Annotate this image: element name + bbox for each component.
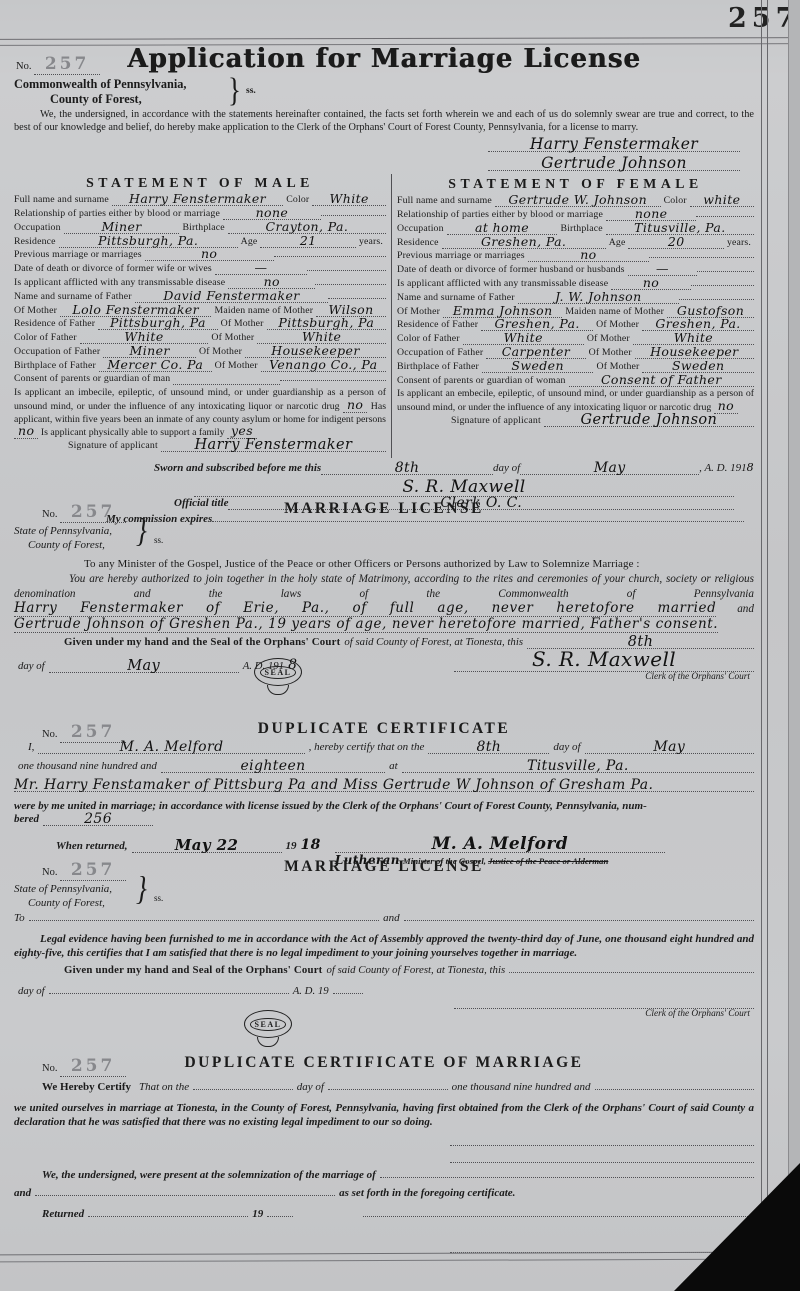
dotted-line: 8th [321,462,493,475]
handwritten-value: White [330,194,369,203]
field-label: Previous marriage or marriages [397,250,528,261]
dotted-line: S. R. Maxwell [194,478,734,497]
ledger-vertical-line [761,0,768,1291]
field-label: Occupation of Father [397,347,486,358]
dotted-line: Mercer Co. Pa [99,359,212,372]
clerk-signature-block: Clerk of the Orphans' Court [454,994,754,1019]
page-edge [788,0,800,1291]
witness-signature-line [450,1146,754,1163]
ad-label: , A. D. 191 [699,462,746,474]
form-row: ResidencePittsburgh, Pa.Age21years. [14,235,386,249]
clerk-signature: S. R. Maxwell [532,647,676,671]
handwritten-day: 8th [476,743,501,752]
handwritten-value: — [656,264,669,273]
field-label: Is applicant afflicted with any transmis… [397,278,611,289]
dotted-line [691,285,754,286]
handwritten-value: Greshen, Pa. [655,319,740,328]
handwritten-value: no [580,250,596,259]
seal-ribbon [267,685,289,695]
statement-of-female: STATEMENT OF FEMALE Full name and surnam… [391,174,754,458]
field-label: Residence [397,237,442,248]
handwritten-value: Mercer Co. Pa [107,360,203,369]
field-label: Name and surname of Father [397,292,518,303]
returned-year: 18 [301,837,321,853]
application-number-line: No. 257 [16,54,100,75]
handwritten-value: Sweden [511,361,564,370]
female-questions-paragraph: Is applicant an embecile, epileptic, of … [397,388,754,414]
handwritten-value: none [256,208,289,217]
number-stamp: 257 [60,502,126,523]
dotted-line: J. W. Johnson [518,291,679,304]
field-label: Occupation [397,223,447,234]
handwritten-month: May [127,662,160,671]
dotted-line [696,216,754,217]
field-label: Of Mother [208,332,257,343]
brace-glyph: } [136,521,147,539]
handwritten-month: May [594,464,626,473]
dotted-line: 256 [43,813,153,826]
dotted-line [173,373,279,385]
jurisdiction-block: State of Pennsylvania, County of Forest,… [14,524,754,554]
handwritten-value: Housekeeper [271,346,359,355]
clerk-title-label: Clerk of the Orphans' Court [454,1009,754,1019]
certificate-number-line: No. 257 [42,1056,126,1077]
clerk-signature-block: S. R. Maxwell Clerk of the Orphans' Cour… [454,650,754,682]
number-stamp: 257 [34,54,100,75]
set-forth-label: as set forth in the foregoing certificat… [335,1187,519,1199]
dotted-line [49,993,289,994]
handwritten-value: Emma Johnson [453,306,553,315]
ss-label: ss. [246,86,256,96]
form-row: Consent of parents or guardian of man [14,373,386,387]
dotted-line: — [215,262,307,275]
field-label: Consent of parents or guardian of man [14,373,173,384]
day-of-label: day of [549,741,584,753]
dotted-line: Venango Co., Pa [261,359,386,372]
handwritten-value: no [264,277,280,286]
dotted-line: May [585,741,754,754]
field-label: Of Mother [586,347,635,358]
dotted-line: Harry Fenstermaker [161,440,386,452]
form-row: Full name and surnameGertrude W. Johnson… [397,194,754,208]
form-row: Consent of parents or guardian of womanC… [397,374,754,388]
day-of-label: day of [493,462,520,474]
no-label: No. [42,867,57,878]
handwritten-value: Pittsburgh, Pa. [98,236,198,245]
form-row: Date of death or divorce of former wife … [14,262,386,276]
dotted-line [267,1216,293,1217]
commonwealth-line: Commonwealth of Pennsylvania, [14,77,754,92]
united-paragraph: were by me united in marriage; in accord… [14,799,754,813]
duplicate-certificate-section: No. 257 DUPLICATE CERTIFICATE I,M. A. Me… [14,720,754,858]
handwritten-value: white [703,195,740,204]
field-label: Of Mother [593,361,642,372]
handwritten-value: Housekeeper [650,347,738,356]
field-label: years. [724,237,754,248]
field-label: Maiden name of Mother [211,305,316,316]
legal-paragraph: Legal evidence having been furnished to … [14,932,754,960]
handwritten-value: White [124,332,163,341]
handwritten-year: eighteen [240,762,305,771]
i-label: I, [14,741,38,753]
dotted-line: no [528,249,649,262]
field-label: Of Mother [14,305,60,316]
field-label: Date of death or divorce of former wife … [14,263,215,274]
handwritten-answer: no [714,398,738,414]
dotted-line [321,215,386,216]
given-bold: Given under my hand and Seal of the Orph… [14,964,322,976]
jurisdiction-block: State of Pennsylvania, County of Forest,… [14,882,754,912]
handwritten-place: Titusville, Pa. [527,762,629,771]
dotted-line: Consent of Father [569,374,754,387]
field-label: Previous marriage or marriages [14,249,145,260]
dotted-line [380,1177,754,1178]
clerk-signature-line: S. R. Maxwell [454,650,754,672]
clerk-signature-line [454,994,754,1009]
dotted-line [29,920,379,921]
statement-female-title: STATEMENT OF FEMALE [397,176,754,192]
dotted-line: Housekeeper [245,345,386,358]
field-label: Birthplace of Father [397,361,482,372]
handwritten-value: White [302,332,341,341]
given-bold: Given under my hand and the Seal of the … [14,636,340,648]
dotted-line [315,284,386,285]
dotted-line: 20 [628,236,724,249]
field-label: Maiden name of Mother [562,306,667,317]
dotted-line: Titusville, Pa. [402,760,754,773]
given-italic: of said County of Forest, at Tionesta, t… [322,964,509,976]
field-label: Age [238,236,261,247]
field-label: Relationship of parties either by blood … [397,209,606,220]
number-stamp: 257 [60,860,126,881]
no-label: No. [42,1063,57,1074]
dotted-line [404,920,754,921]
handwritten-bride: Gertrude Johnson of Greshen Pa., 19 year… [14,616,718,633]
dotted-line [595,1089,754,1090]
dotted-line: M. A. Melford [38,741,304,754]
field-label: Color [661,195,690,206]
handwritten-value: 21 [300,236,317,245]
handwritten-value: no [201,249,217,258]
dotted-line: Carpenter [486,346,585,359]
no-label: No. [42,729,57,740]
seal-stamp: SEAL [252,658,304,695]
year-printed: 19 [282,840,301,852]
license-number: 256 [84,815,112,824]
handwritten-value: Harry Fenstermaker [129,194,266,203]
field-label: Residence [14,236,59,247]
marriage-license-blank-section: No. 257 MARRIAGE LICENSE State of Pennsy… [14,858,754,1040]
statement-male-title: STATEMENT OF MALE [14,175,386,191]
handwritten-value: Harry Fenstermaker [194,441,352,450]
field-label: Of Mother [218,318,267,329]
field-label: Consent of parents or guardian of woman [397,375,569,386]
field-label: Birthplace of Father [14,360,99,371]
handwritten-value: Carpenter [502,347,570,356]
officiant-signature-line [363,1216,754,1217]
handwritten-value: — [254,263,267,272]
license-number-line: No. 257 [42,860,126,881]
page-title: Application for Marriage License [14,44,754,74]
question-text: Is applicant an embecile, epileptic, of … [397,388,754,413]
male-questions-paragraph: Is applicant an imbecile, epileptic, of … [14,387,386,439]
handwritten-value: none [635,209,668,218]
handwritten-value: no [643,278,659,287]
dotted-line: White [312,193,386,206]
seal-outer-ring: SEAL [254,658,302,686]
license-body: You are hereby authorized to join togeth… [14,572,754,632]
handwritten-answer: no [14,423,38,439]
dotted-line [649,257,754,258]
handwritten-value: Consent of Father [601,375,722,384]
to-label: To [14,912,29,924]
application-section: No. 257 Application for Marriage License… [14,44,754,500]
dotted-line: Sweden [642,360,754,373]
day-of-label: day of [293,1081,328,1093]
dotted-line [307,270,386,271]
certify-label: , hereby certify that on the [305,741,429,753]
field-label: Full name and surname [14,194,112,205]
at-label: at [385,760,402,772]
handwritten-couple: Mr. Harry Fenstamaker of Pittsburg Pa an… [14,781,653,790]
field-label: Is applicant afflicted with any transmis… [14,277,228,288]
handwritten-value: White [504,333,543,342]
field-label: Occupation of Father [14,346,103,357]
field-label: Color of Father [397,333,463,344]
dotted-line: May [49,660,239,673]
couple-line: Mr. Harry Fenstamaker of Pittsburg Pa an… [14,779,754,798]
clerk-title-label: Clerk of the Orphans' Court [454,672,754,682]
minister-signature: M. A. Melford [432,834,568,854]
handwritten-value: Titusville, Pa. [634,223,726,232]
dotted-line [333,993,363,994]
field-label: Date of death or divorce of former husba… [397,264,628,275]
handwritten-value: Greshen, Pa. [495,319,580,328]
jurisdiction-block: Commonwealth of Pennsylvania, County of … [14,77,754,105]
dotted-line: — [628,263,698,276]
handwritten-value: Greshen, Pa. [481,237,566,246]
numbered-line: bered256 [14,813,754,830]
year-label: 19 [248,1208,267,1220]
female-signature-row: Signature of applicantGertrude Johnson [397,415,754,433]
dotted-line: David Fenstermaker [135,290,329,303]
brace-glyph: } [228,71,241,110]
dotted-line: at home [447,222,558,235]
handwritten-answer: no [343,397,367,413]
state-line: State of Pennsylvania, [14,524,754,538]
dotted-line: May 22 [132,840,282,853]
and-label: and [14,1187,35,1199]
handwritten-value: at home [475,223,529,232]
minister-signature-line: M. A. Melford [335,837,665,853]
applicant-signatures: Harry Fenstermaker Gertrude Johnson [14,135,754,173]
marriage-license-section: No. 257 MARRIAGE LICENSE State of Pennsy… [14,500,754,718]
field-label: years. [356,236,386,247]
field-label: Relationship of parties either by blood … [14,208,223,219]
county-line: County of Forest, [14,896,754,910]
returned-label: Returned [14,1208,88,1220]
and-label: and [716,603,754,615]
handwritten-value: Pittsburgh, Pa [278,318,374,327]
returned-date: May 22 [175,841,239,850]
field-label: Birthplace [557,223,605,234]
dotted-line: Gertrude Johnson [544,415,754,427]
handwritten-value: Miner [101,222,141,231]
license-number-line: No. 257 [42,502,126,523]
handwritten-value: Wilson [329,305,374,314]
no-label: No. [42,509,57,520]
field-label: Of Mother [196,346,245,357]
bottom-rule [0,1252,766,1263]
dotted-line: 8th [428,741,549,754]
field-label: Residence of Father [397,319,481,330]
dotted-line [679,299,754,300]
handwritten-value: Miner [130,346,170,355]
handwritten-day: 8th [395,464,420,473]
dotted-line [328,1089,448,1090]
day-of-label: day of [14,985,49,997]
duplicate-certificate-of-marriage-section: No. 257 DUPLICATE CERTIFICATE OF MARRIAG… [14,1040,754,1252]
and-setforth-line: andas set forth in the foregoing certifi… [14,1187,754,1205]
field-label: Of Mother [397,306,443,317]
handwritten-groom: Harry Fenstermaker of Erie, Pa., of full… [14,600,716,617]
handwritten-value: Pittsburgh, Pa [110,318,206,327]
form-row: Full name and surnameHarry FenstermakerC… [14,193,386,207]
dotted-line: 21 [260,235,356,248]
form-row: OccupationMinerBirthplaceCrayton, Pa. [14,221,386,235]
statement-of-male: STATEMENT OF MALE Full name and surnameH… [14,174,391,458]
certify-line: I,M. A. Melford, hereby certify that on … [14,741,754,760]
handwritten-value: J. W. Johnson [555,292,641,301]
number-stamp: 257 [60,1056,126,1077]
field-label: Age [606,237,629,248]
minister-name: M. A. Melford [120,743,224,752]
field-label: Full name and surname [397,195,495,206]
dotted-line: Housekeeper [635,346,754,359]
form-row: Previous marriage or marriagesno [397,249,754,263]
dotted-line: eighteen [161,760,385,773]
dotted-line: Mr. Harry Fenstamaker of Pittsburg Pa an… [14,779,754,792]
united-ourselves-paragraph: we united ourselves in marriage at Tione… [14,1101,754,1129]
to-and-line: Toand [14,912,754,931]
handwritten-value: Venango Co., Pa [269,360,377,369]
question-text: Is applicant an imbecile, epileptic, of … [14,387,386,412]
and-label: and [379,912,404,924]
handwritten-value: Gertrude Johnson [581,416,718,425]
dotted-line: white [690,194,754,207]
dotted-line [697,271,754,272]
female-signature: Gertrude Johnson [488,157,740,171]
county-line: County of Forest, [14,538,754,552]
handwritten-value: Gertrude W. Johnson [508,195,647,204]
clerk-signature: S. R. Maxwell [402,483,525,492]
form-row: Occupationat homeBirthplaceTitusville, P… [397,222,754,236]
certify-italic: That on the [135,1081,193,1093]
field-label: Occupation [14,222,64,233]
dotted-line [193,1089,293,1090]
returned-line: Returned19 [14,1208,754,1226]
seal-text: SEAL [260,666,297,679]
dotted-line [35,1195,335,1196]
form-row: Birthplace of FatherMercer Co. PaOf Moth… [14,359,386,373]
bered-label: bered [14,813,43,825]
ss-label: ss. [154,533,163,547]
field-label: Name and surname of Father [14,291,135,302]
witness-present-line: We, the undersigned, were present at the… [14,1169,754,1187]
form-row: ResidenceGreshen, Pa.Age20years. [397,236,754,250]
form-row: Previous marriage or marriagesno [14,248,386,262]
given-italic: of said County of Forest, at Tionesta, t… [340,636,527,648]
dotted-line [280,380,386,381]
witness-text: We, the undersigned, were present at the… [14,1169,380,1181]
dotted-line [88,1216,248,1217]
field-label: Birthplace [179,222,227,233]
printed-text: You are hereby authorized to join togeth… [14,573,754,600]
handwritten-value: Lolo Fenstermaker [72,305,199,314]
year-printed-label: one thousand nine hundred and [448,1081,595,1093]
handwritten-value: White [674,333,713,342]
dotted-line: Miner [103,345,196,358]
handwritten-value: Gustofson [677,306,744,315]
field-label: Color of Father [14,332,80,343]
field-label: Residence of Father [14,318,98,329]
dotted-line: Sweden [482,360,594,373]
certificate-number-line: No. 257 [42,722,126,743]
dotted-line [274,256,386,257]
handwritten-value: Sweden [672,361,725,370]
handwritten-year: 8 [747,461,754,474]
year-printed-label: one thousand nine hundred and [14,760,161,772]
field-label: Color [283,194,312,205]
field-label: Signature of applicant [451,415,544,426]
day-of-label: day of [14,660,49,672]
addressee-line: To any Minister of the Gospel, Justice o… [14,558,754,570]
dotted-line: Miner [64,221,180,234]
field-label: Signature of applicant [68,440,161,451]
field-label: Of Mother [584,333,633,344]
dotted-line [509,972,754,973]
male-signature-row: Signature of applicantHarry Fenstermaker [14,440,386,458]
ad-label: A. D. 19 [289,985,333,997]
male-signature: Harry Fenstermaker [488,138,740,152]
given-line: Given under my hand and Seal of the Orph… [14,964,754,981]
ss-label: ss. [154,891,163,905]
dotted-line: Titusville, Pa. [606,222,754,235]
seal-outer-ring: SEAL [244,1010,292,1038]
officiant-signature-line [450,1236,754,1253]
dotted-line: May [520,462,699,475]
form-row: Date of death or divorce of former husba… [397,263,754,277]
no-label: No. [16,61,31,72]
handwritten-value: David Fenstermaker [163,291,299,300]
field-label: Of Mother [212,360,261,371]
certify-bold: We Hereby Certify [14,1081,135,1093]
number-stamp: 257 [60,722,126,743]
brace-glyph: } [136,879,147,897]
seal-text: SEAL [250,1018,287,1031]
certify-line: We Hereby CertifyThat on theday ofone th… [14,1081,754,1100]
dotted-line: Crayton, Pa. [228,221,386,234]
field-label: Of Mother [593,319,642,330]
county-line: County of Forest, [14,92,754,107]
handwritten-value: 20 [668,237,685,246]
handwritten-value: Crayton, Pa. [266,222,349,231]
state-line: State of Pennsylvania, [14,882,754,896]
oath-paragraph: We, the undersigned, in accordance with … [14,109,754,134]
dotted-line [328,298,386,299]
scanned-marriage-license-page: 257 No. 257 Application for Marriage Lic… [0,0,800,1291]
sworn-label: Sworn and subscribed before me this [154,462,321,474]
